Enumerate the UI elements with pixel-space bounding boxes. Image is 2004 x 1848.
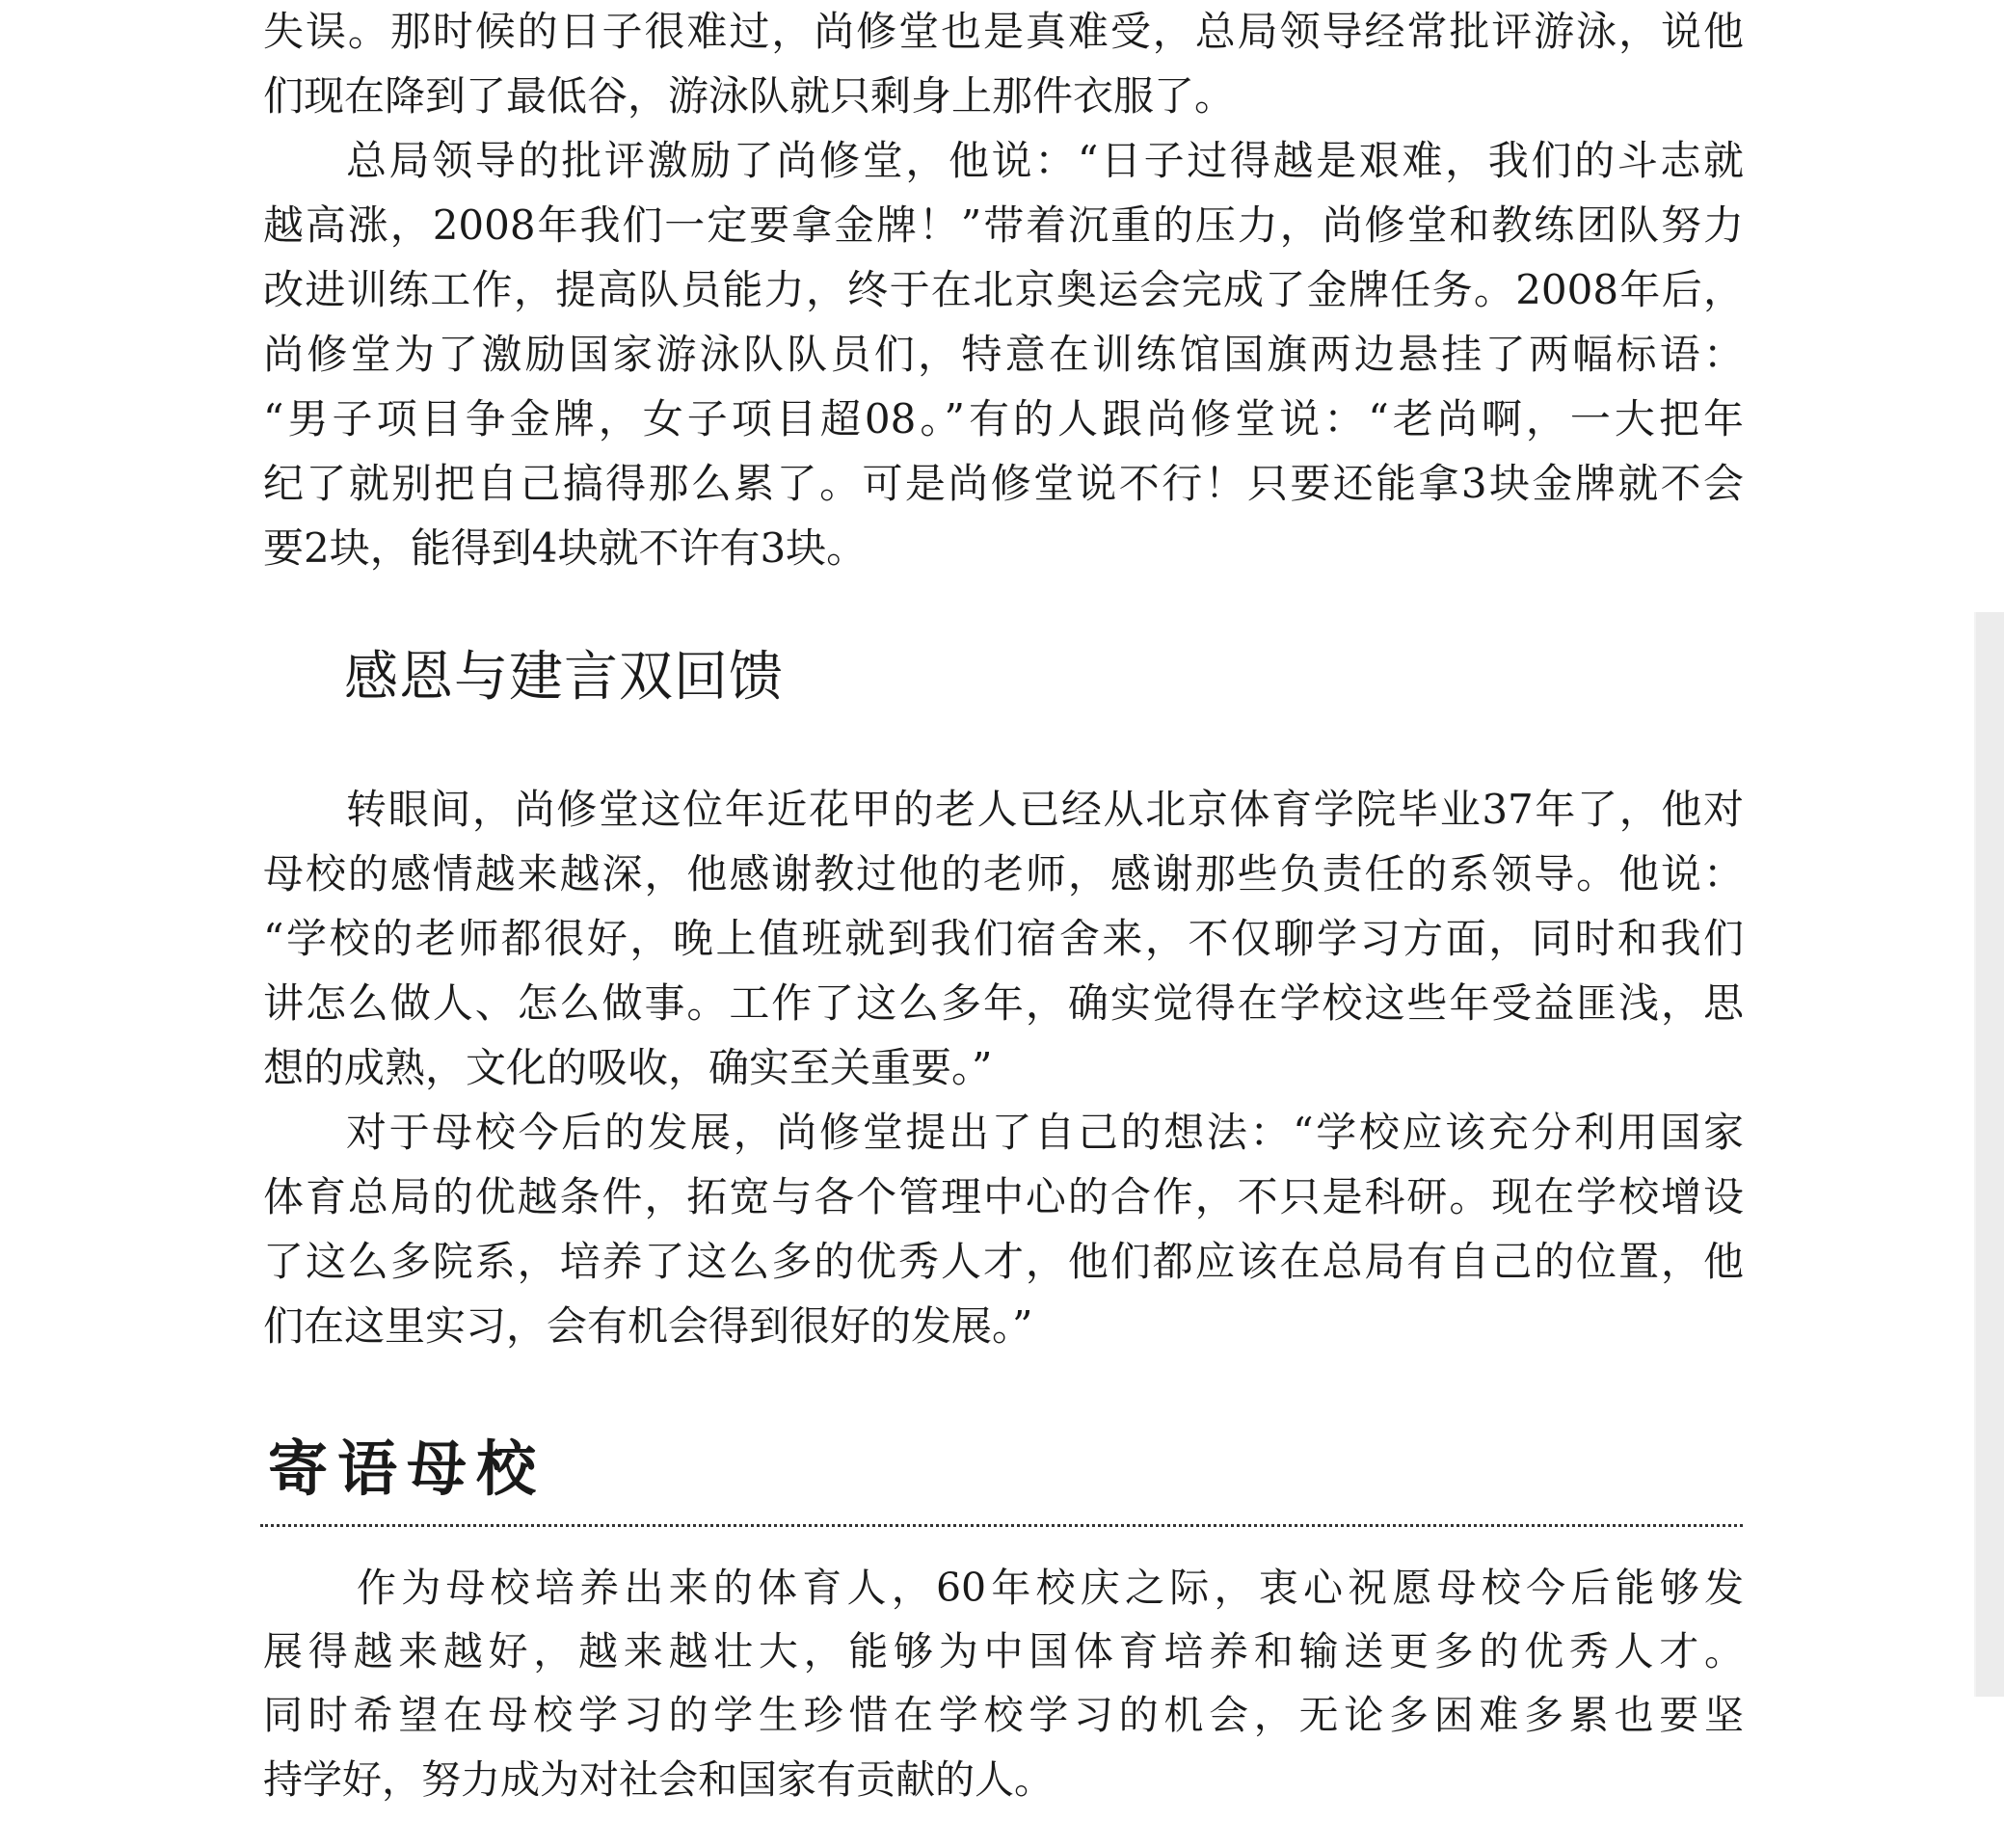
body-text-line: 转眼间，尚修堂这位年近花甲的老人已经从北京体育学院毕业37年了，他对 (346, 777, 1744, 842)
body-text-line: “男子项目争金牌，女子项目超08。”有的人跟尚修堂说：“老尚啊，一大把年 (263, 387, 1744, 451)
section-heading: 寄语母校 (268, 1431, 546, 1508)
section-heading: 感恩与建言双回馈 (344, 644, 784, 711)
body-text-line: 总局领导的批评激励了尚修堂，他说：“日子过得越是艰难，我们的斗志就 (346, 128, 1744, 193)
body-text-line: 越高涨，2008年我们一定要拿金牌！”带着沉重的压力，尚修堂和教练团队努力 (263, 193, 1744, 257)
body-text-line: 改进训练工作，提高队员能力，终于在北京奥运会完成了金牌任务。2008年后， (263, 257, 1744, 322)
dotted-divider (260, 1524, 1743, 1527)
body-text-line: 们现在降到了最低谷，游泳队就只剩身上那件衣服了。 (263, 64, 1744, 128)
body-text-line: “学校的老师都很好，晚上值班就到我们宿舍来，不仅聊学习方面，同时和我们 (263, 906, 1744, 971)
body-text-line: 作为母校培养出来的体育人，60年校庆之际，衷心祝愿母校今后能够发 (357, 1556, 1744, 1620)
body-text-line: 持学好，努力成为对社会和国家有贡献的人。 (263, 1748, 1744, 1812)
body-text-line: 失误。那时候的日子很难过，尚修堂也是真难受，总局领导经常批评游泳，说他 (263, 0, 1744, 64)
body-text-line: 了这么多院系，培养了这么多的优秀人才，他们都应该在总局有自己的位置，他 (263, 1229, 1744, 1294)
body-text-line: 对于母校今后的发展，尚修堂提出了自己的想法：“学校应该充分利用国家 (346, 1100, 1744, 1165)
body-text-line: 讲怎么做人、怎么做事。工作了这么多年，确实觉得在学校这些年受益匪浅，思 (263, 971, 1744, 1035)
body-text-line: 展得越来越好，越来越壮大，能够为中国体育培养和输送更多的优秀人才。 (263, 1620, 1744, 1684)
body-text-line: 母校的感情越来越深，他感谢教过他的老师，感谢那些负责任的系领导。他说： (263, 842, 1744, 906)
body-text-line: 们在这里实习，会有机会得到很好的发展。” (263, 1294, 1744, 1358)
book-page: 失误。那时候的日子很难过，尚修堂也是真难受，总局领导经常批评游泳，说他 们现在降… (0, 0, 2004, 1848)
page-edge-tab (1974, 612, 2004, 1697)
body-text-line: 尚修堂为了激励国家游泳队队员们，特意在训练馆国旗两边悬挂了两幅标语： (263, 322, 1744, 387)
body-text-line: 要2块，能得到4块就不许有3块。 (263, 516, 1744, 580)
body-text-line: 纪了就别把自己搞得那么累了。可是尚修堂说不行！只要还能拿3块金牌就不会 (263, 451, 1744, 516)
body-text-line: 体育总局的优越条件，拓宽与各个管理中心的合作，不只是科研。现在学校增设 (263, 1165, 1744, 1229)
body-text-line: 同时希望在母校学习的学生珍惜在学校学习的机会，无论多困难多累也要坚 (263, 1683, 1744, 1748)
body-text-line: 想的成熟，文化的吸收，确实至关重要。” (263, 1035, 1744, 1100)
